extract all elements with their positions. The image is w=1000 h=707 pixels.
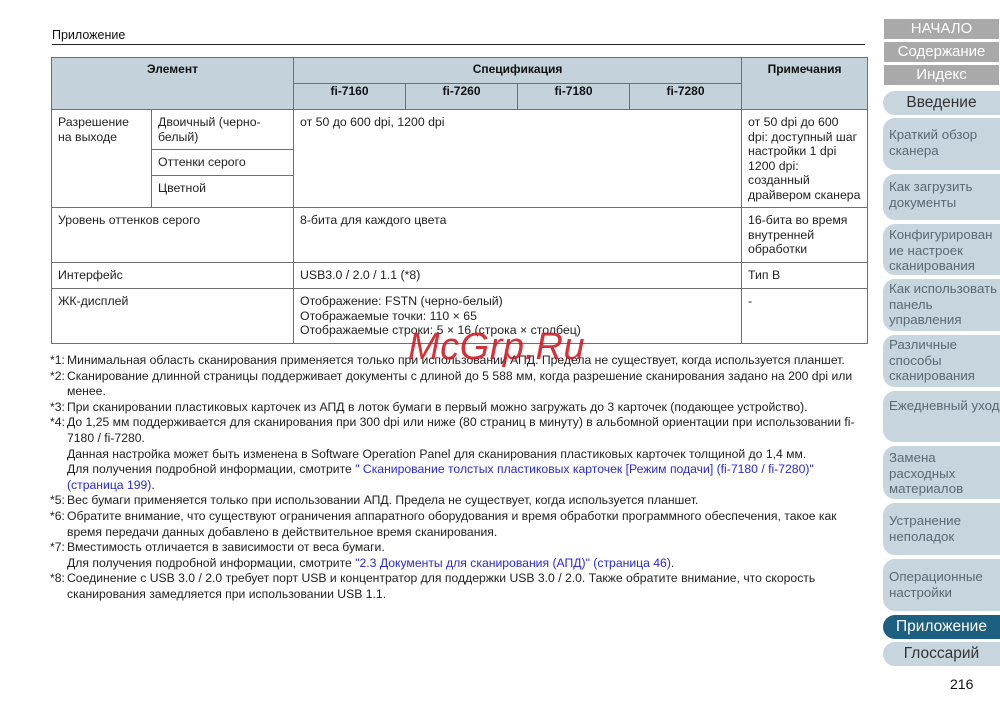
specification-table: Элемент Спецификация Примечания fi-7160 …: [51, 57, 868, 344]
footnote-8: *8: Соединение с USB 3.0 / 2.0 требует п…: [50, 571, 865, 602]
footnote-6: *6: Обратите внимание, что существуют ог…: [50, 509, 865, 540]
note-interface: Тип B: [742, 263, 868, 289]
sidebar-nav: НАЧАЛО Содержание Индекс Введение Кратки…: [883, 19, 1000, 669]
footnote-4: *4: До 1,25 мм поддерживается для сканир…: [50, 415, 865, 493]
nav-chapter-troubleshooting[interactable]: Устранение неполадок: [883, 503, 1000, 555]
row-label-lcd: ЖК-дисплей: [52, 289, 294, 344]
header-model: fi-7160: [294, 84, 406, 110]
nav-chapter-consumables[interactable]: Замена расходных материалов: [883, 446, 1000, 499]
nav-glossary[interactable]: Глоссарий: [883, 642, 1000, 666]
nav-contents[interactable]: Содержание: [884, 42, 999, 62]
nav-introduction[interactable]: Введение: [883, 91, 1000, 115]
spec-resolution: от 50 до 600 dpi, 1200 dpi: [294, 110, 742, 208]
nav-chapter-scanning[interactable]: Различные способы сканирования: [883, 335, 1000, 387]
sub-label-binary: Двоичный (черно-белый): [152, 110, 294, 150]
note-resolution: от 50 dpi до 600 dpi: доступный шаг наст…: [742, 110, 868, 208]
section-title: Приложение: [52, 28, 125, 42]
nav-appendix[interactable]: Приложение: [883, 615, 1000, 639]
footnote-1: *1: Минимальная область сканирования при…: [50, 353, 865, 369]
nav-chapter-overview[interactable]: Краткий обзор сканера: [883, 118, 1000, 170]
nav-chapter-settings[interactable]: Конфигурирован ие настроек сканирования: [883, 224, 1000, 275]
table-row: Разрешение на выходе Двоичный (черно-бел…: [52, 110, 868, 150]
page-number: 216: [950, 676, 973, 692]
header-specification: Спецификация: [294, 58, 742, 84]
header-notes: Примечания: [742, 58, 868, 110]
footnote-3: *3: При сканировании пластиковых карточе…: [50, 400, 865, 416]
spec-gray-level: 8-бита для каждого цвета: [294, 208, 742, 263]
header-element: Элемент: [52, 58, 294, 110]
footnote-5: *5: Вес бумаги применяется только при ис…: [50, 493, 865, 509]
footnote-7: *7: Вместимость отличается в зависимости…: [50, 540, 865, 571]
table-row: Уровень оттенков серого 8-бита для каждо…: [52, 208, 868, 263]
header-model: fi-7260: [406, 84, 518, 110]
spec-interface: USB3.0 / 2.0 / 1.1 (*8): [294, 263, 742, 289]
footnotes: *1: Минимальная область сканирования при…: [50, 353, 865, 603]
row-label-resolution: Разрешение на выходе: [52, 110, 152, 208]
section-header: Приложение: [52, 28, 865, 45]
nav-index[interactable]: Индекс: [884, 65, 999, 85]
spec-lcd: Отображение: FSTN (черно-белый) Отобража…: [294, 289, 742, 344]
row-label-gray-level: Уровень оттенков серого: [52, 208, 294, 263]
header-model: fi-7280: [630, 84, 742, 110]
table-row: Интерфейс USB3.0 / 2.0 / 1.1 (*8) Тип B: [52, 263, 868, 289]
nav-chapter-panel[interactable]: Как использовать панель управления: [883, 279, 1000, 331]
nav-home[interactable]: НАЧАЛО: [884, 19, 999, 39]
sub-label-grayscale: Оттенки серого: [152, 150, 294, 176]
nav-chapter-loading[interactable]: Как загрузить документы: [883, 174, 1000, 220]
link-documents-adf[interactable]: "2.3 Документы для сканирования (АПД)" (…: [355, 556, 671, 570]
sub-label-color: Цветной: [152, 176, 294, 208]
note-lcd: -: [742, 289, 868, 344]
nav-chapter-care[interactable]: Ежедневный уход: [883, 391, 1000, 442]
row-label-interface: Интерфейс: [52, 263, 294, 289]
note-gray-level: 16-бита во время внутренней обработки: [742, 208, 868, 263]
nav-chapter-operational[interactable]: Операционные настройки: [883, 559, 1000, 611]
table-row: ЖК-дисплей Отображение: FSTN (черно-белы…: [52, 289, 868, 344]
footnote-2: *2: Сканирование длинной страницы поддер…: [50, 369, 865, 400]
header-model: fi-7180: [518, 84, 630, 110]
